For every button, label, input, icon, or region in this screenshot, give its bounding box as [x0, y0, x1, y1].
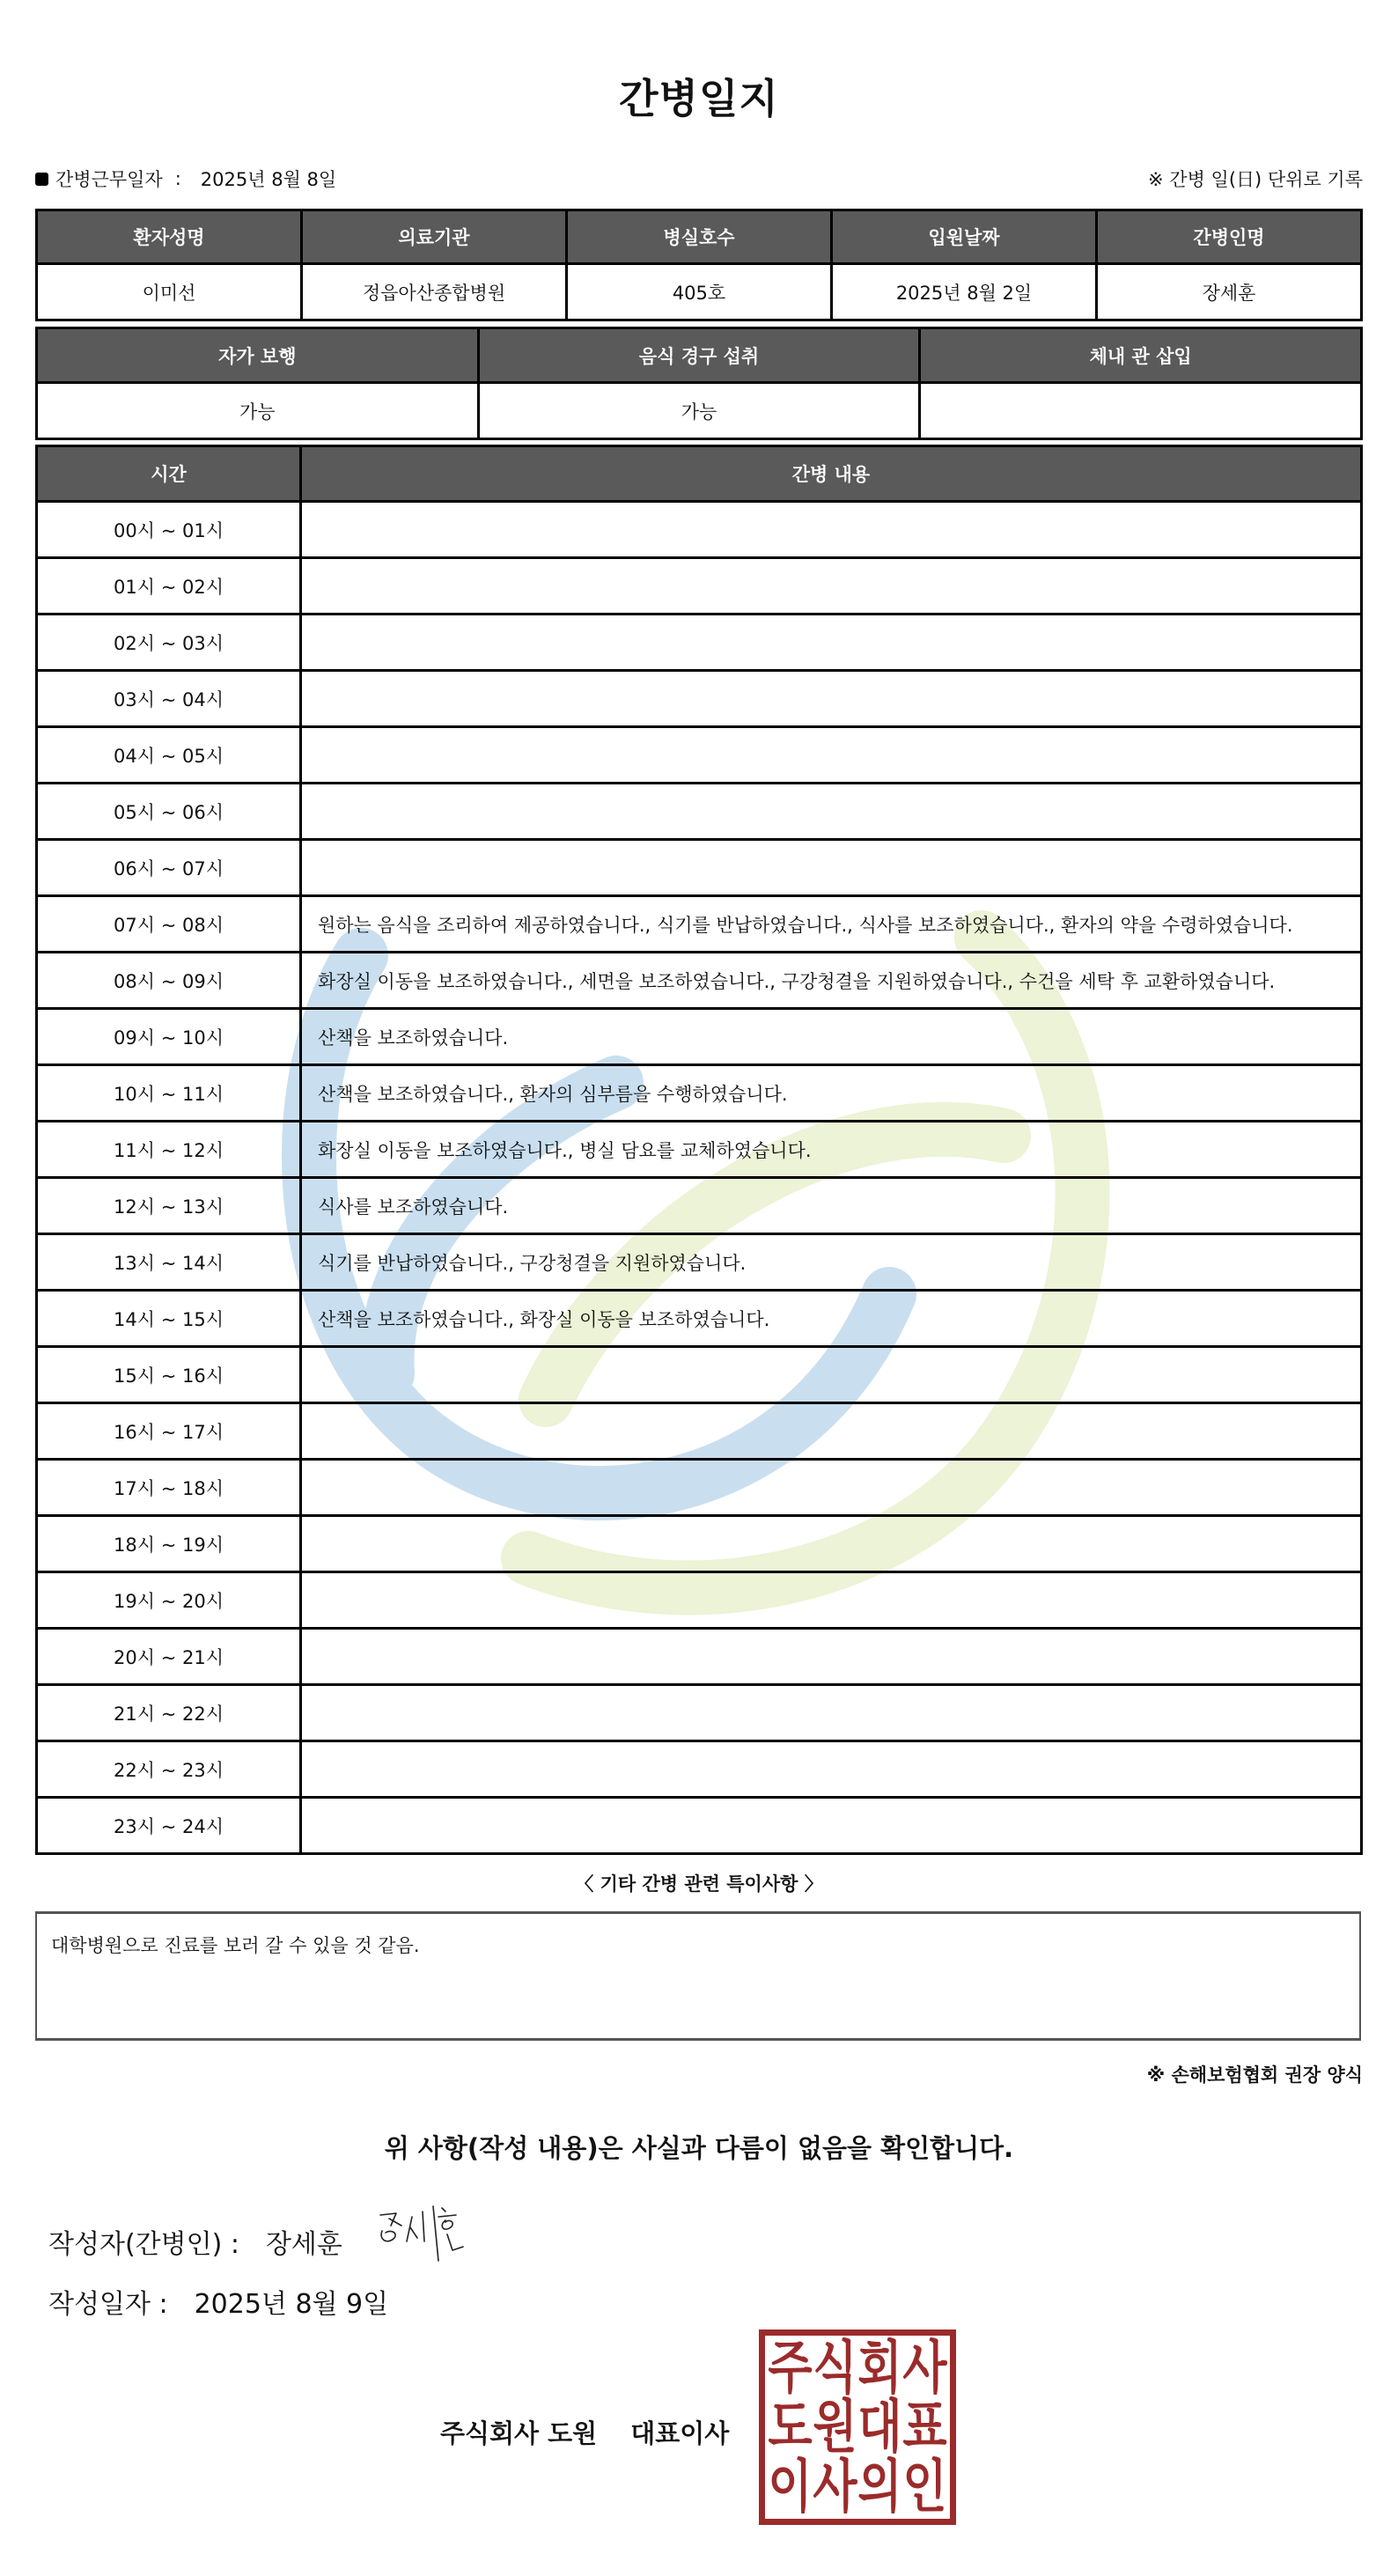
table-row: 03시 ~ 04시: [37, 671, 1362, 727]
written-date-value: 2025년 8월 9일: [195, 2282, 389, 2321]
stamp-char: 사: [813, 2449, 857, 2523]
work-date-colon: :: [175, 168, 181, 189]
remarks-text: 대학병원으로 진료를 보러 갈 수 있을 것 같음.: [51, 1932, 420, 1958]
care-content: [301, 1629, 1362, 1685]
time-slot: 18시 ~ 19시: [37, 1516, 301, 1572]
status-header-row: 자가 보행 음식 경구 섭취 체내 관 삽입: [37, 328, 1362, 383]
table-row: 02시 ~ 03시: [37, 615, 1362, 671]
time-slot: 20시 ~ 21시: [37, 1629, 301, 1685]
table-row: 21시 ~ 22시: [37, 1685, 1362, 1741]
work-date-value: 2025년 8월 8일: [201, 166, 336, 192]
table-row: 13시 ~ 14시식기를 반납하였습니다., 구강청결을 지원하였습니다.: [37, 1234, 1362, 1291]
header-patient-name: 환자성명: [37, 210, 302, 264]
table-row: 18시 ~ 19시: [37, 1516, 1362, 1572]
care-content: 화장실 이동을 보조하였습니다., 세면을 보조하였습니다., 구강청결을 지원…: [301, 953, 1362, 1009]
table-row: 01시 ~ 02시: [37, 558, 1362, 615]
time-slot: 11시 ~ 12시: [37, 1122, 301, 1178]
header-time: 시간: [37, 446, 301, 502]
stamp-char: 이: [768, 2449, 813, 2523]
care-content: [301, 615, 1362, 671]
care-content: [301, 1347, 1362, 1403]
care-content: [301, 1572, 1362, 1629]
table-row: 07시 ~ 08시원하는 음식을 조리하여 제공하였습니다., 식기를 반납하였…: [37, 896, 1362, 953]
time-slot: 09시 ~ 10시: [37, 1009, 301, 1065]
table-row: 09시 ~ 10시산책을 보조하였습니다.: [37, 1009, 1362, 1065]
tube-insertion: [920, 383, 1362, 439]
care-content: 산책을 보조하였습니다., 환자의 심부름을 수행하였습니다.: [301, 1065, 1362, 1122]
time-slot: 17시 ~ 18시: [37, 1460, 301, 1516]
time-slot: 16시 ~ 17시: [37, 1403, 301, 1460]
table-row: 05시 ~ 06시: [37, 784, 1362, 840]
stamp-characters: 주식회사도원대표이사의인: [768, 2338, 947, 2516]
table-row: 15시 ~ 16시: [37, 1347, 1362, 1403]
stamp-char: 의: [857, 2449, 902, 2523]
table-row: 08시 ~ 09시화장실 이동을 보조하였습니다., 세면을 보조하였습니다.,…: [37, 953, 1362, 1009]
care-content: [301, 1741, 1362, 1798]
oral-intake: 가능: [478, 383, 920, 439]
time-slot: 12시 ~ 13시: [37, 1178, 301, 1234]
table-row: 00시 ~ 01시: [37, 502, 1362, 558]
room-number: 405호: [567, 264, 832, 320]
status-value-row: 가능 가능: [37, 383, 1362, 439]
time-slot: 13시 ~ 14시: [37, 1234, 301, 1291]
care-content: [301, 558, 1362, 615]
header-care-content: 간병 내용: [301, 446, 1362, 502]
time-slot: 05시 ~ 06시: [37, 784, 301, 840]
care-log-table: 시간 간병 내용 00시 ~ 01시01시 ~ 02시02시 ~ 03시03시 …: [35, 445, 1363, 1855]
time-slot: 22시 ~ 23시: [37, 1741, 301, 1798]
table-row: 04시 ~ 05시: [37, 727, 1362, 784]
stamp-char: 인: [902, 2449, 947, 2523]
time-slot: 10시 ~ 11시: [37, 1065, 301, 1122]
header-institution: 의료기관: [302, 210, 567, 264]
care-content: [301, 840, 1362, 896]
table-row: 16시 ~ 17시: [37, 1403, 1362, 1460]
table-row: 19시 ~ 20시: [37, 1572, 1362, 1629]
company-seal-stamp: 주식회사도원대표이사의인: [759, 2329, 956, 2525]
institution: 정읍아산종합병원: [302, 264, 567, 320]
remarks-box: 대학병원으로 진료를 보러 갈 수 있을 것 같음.: [35, 1911, 1361, 2041]
time-slot: 08시 ~ 09시: [37, 953, 301, 1009]
patient-status-table: 자가 보행 음식 경구 섭취 체내 관 삽입 가능 가능: [35, 327, 1363, 440]
work-date-label: 간병근무일자: [55, 166, 163, 192]
table-row: 10시 ~ 11시산책을 보조하였습니다., 환자의 심부름을 수행하였습니다.: [37, 1065, 1362, 1122]
company-line: 주식회사 도원 대표이사: [440, 2414, 729, 2450]
time-slot: 03시 ~ 04시: [37, 671, 301, 727]
care-content: 산책을 보조하였습니다.: [301, 1009, 1362, 1065]
care-journal-page: 간병일지 간병근무일자 : 2025년 8월 8일 ※ 간병 일(日) 단위로 …: [0, 0, 1398, 2576]
table-row: 20시 ~ 21시: [37, 1629, 1362, 1685]
time-slot: 06시 ~ 07시: [37, 840, 301, 896]
author-line: 작성자(간병인) : 장세훈: [48, 2222, 342, 2261]
author-label: 작성자(간병인) :: [48, 2222, 239, 2261]
time-slot: 07시 ~ 08시: [37, 896, 301, 953]
care-content: [301, 671, 1362, 727]
header-self-walking: 자가 보행: [37, 328, 479, 383]
patient-info-header-row: 환자성명 의료기관 병실호수 입원날짜 간병인명: [37, 210, 1362, 264]
table-row: 12시 ~ 13시식사를 보조하였습니다.: [37, 1178, 1362, 1234]
association-note: ※ 손해보험협회 권장 양식: [1147, 2061, 1363, 2087]
header-room-number: 병실호수: [567, 210, 832, 264]
care-content: [301, 1516, 1362, 1572]
care-content: 식사를 보조하였습니다.: [301, 1178, 1362, 1234]
time-slot: 21시 ~ 22시: [37, 1685, 301, 1741]
confirmation-statement: 위 사항(작성 내용)은 사실과 다름이 없음을 확인합니다.: [0, 2129, 1398, 2165]
self-walking: 가능: [37, 383, 479, 439]
table-row: 22시 ~ 23시: [37, 1741, 1362, 1798]
caregiver-name: 장세훈: [1097, 264, 1362, 320]
written-date-label: 작성일자 :: [48, 2282, 168, 2321]
written-date-line: 작성일자 : 2025년 8월 9일: [48, 2282, 388, 2321]
company-name: 주식회사 도원: [440, 2414, 597, 2450]
care-log-header-row: 시간 간병 내용: [37, 446, 1362, 502]
time-slot: 15시 ~ 16시: [37, 1347, 301, 1403]
care-content: 산책을 보조하였습니다., 화장실 이동을 보조하였습니다.: [301, 1291, 1362, 1347]
care-content: [301, 1403, 1362, 1460]
header-admission-date: 입원날짜: [832, 210, 1097, 264]
care-content: [301, 727, 1362, 784]
representative-title: 대표이사: [630, 2414, 729, 2450]
time-slot: 23시 ~ 24시: [37, 1798, 301, 1854]
care-content: [301, 502, 1362, 558]
patient-info-value-row: 이미선 정읍아산종합병원 405호 2025년 8월 2일 장세훈: [37, 264, 1362, 320]
time-slot: 19시 ~ 20시: [37, 1572, 301, 1629]
care-content: [301, 1798, 1362, 1854]
care-log-body: 00시 ~ 01시01시 ~ 02시02시 ~ 03시03시 ~ 04시04시 …: [37, 502, 1362, 1854]
time-slot: 14시 ~ 15시: [37, 1291, 301, 1347]
header-caregiver-name: 간병인명: [1097, 210, 1362, 264]
work-date: 간병근무일자 : 2025년 8월 8일: [35, 166, 336, 192]
remarks-title: 〈 기타 간병 관련 특이사항 〉: [0, 1870, 1398, 1896]
care-content: 화장실 이동을 보조하였습니다., 병실 담요를 교체하였습니다.: [301, 1122, 1362, 1178]
time-slot: 00시 ~ 01시: [37, 502, 301, 558]
care-content: [301, 1685, 1362, 1741]
care-content: 식기를 반납하였습니다., 구강청결을 지원하였습니다.: [301, 1234, 1362, 1291]
square-bullet-icon: [35, 173, 48, 186]
table-row: 23시 ~ 24시: [37, 1798, 1362, 1854]
unit-note: ※ 간병 일(日) 단위로 기록: [1148, 166, 1363, 192]
time-slot: 01시 ~ 02시: [37, 558, 301, 615]
header-tube-insertion: 체내 관 삽입: [920, 328, 1362, 383]
page-title: 간병일지: [0, 67, 1398, 125]
admission-date: 2025년 8월 2일: [832, 264, 1097, 320]
table-row: 11시 ~ 12시화장실 이동을 보조하였습니다., 병실 담요를 교체하였습니…: [37, 1122, 1362, 1178]
care-content: [301, 784, 1362, 840]
patient-info-table: 환자성명 의료기관 병실호수 입원날짜 간병인명 이미선 정읍아산종합병원 40…: [35, 209, 1363, 321]
care-content: [301, 1460, 1362, 1516]
care-content: 원하는 음식을 조리하여 제공하였습니다., 식기를 반납하였습니다., 식사를…: [301, 896, 1362, 953]
handwritten-signature-icon: [377, 2203, 482, 2264]
time-slot: 04시 ~ 05시: [37, 727, 301, 784]
table-row: 17시 ~ 18시: [37, 1460, 1362, 1516]
patient-name: 이미선: [37, 264, 302, 320]
time-slot: 02시 ~ 03시: [37, 615, 301, 671]
table-row: 06시 ~ 07시: [37, 840, 1362, 896]
header-oral-intake: 음식 경구 섭취: [478, 328, 920, 383]
author-name: 장세훈: [266, 2222, 342, 2261]
table-row: 14시 ~ 15시산책을 보조하였습니다., 화장실 이동을 보조하였습니다.: [37, 1291, 1362, 1347]
